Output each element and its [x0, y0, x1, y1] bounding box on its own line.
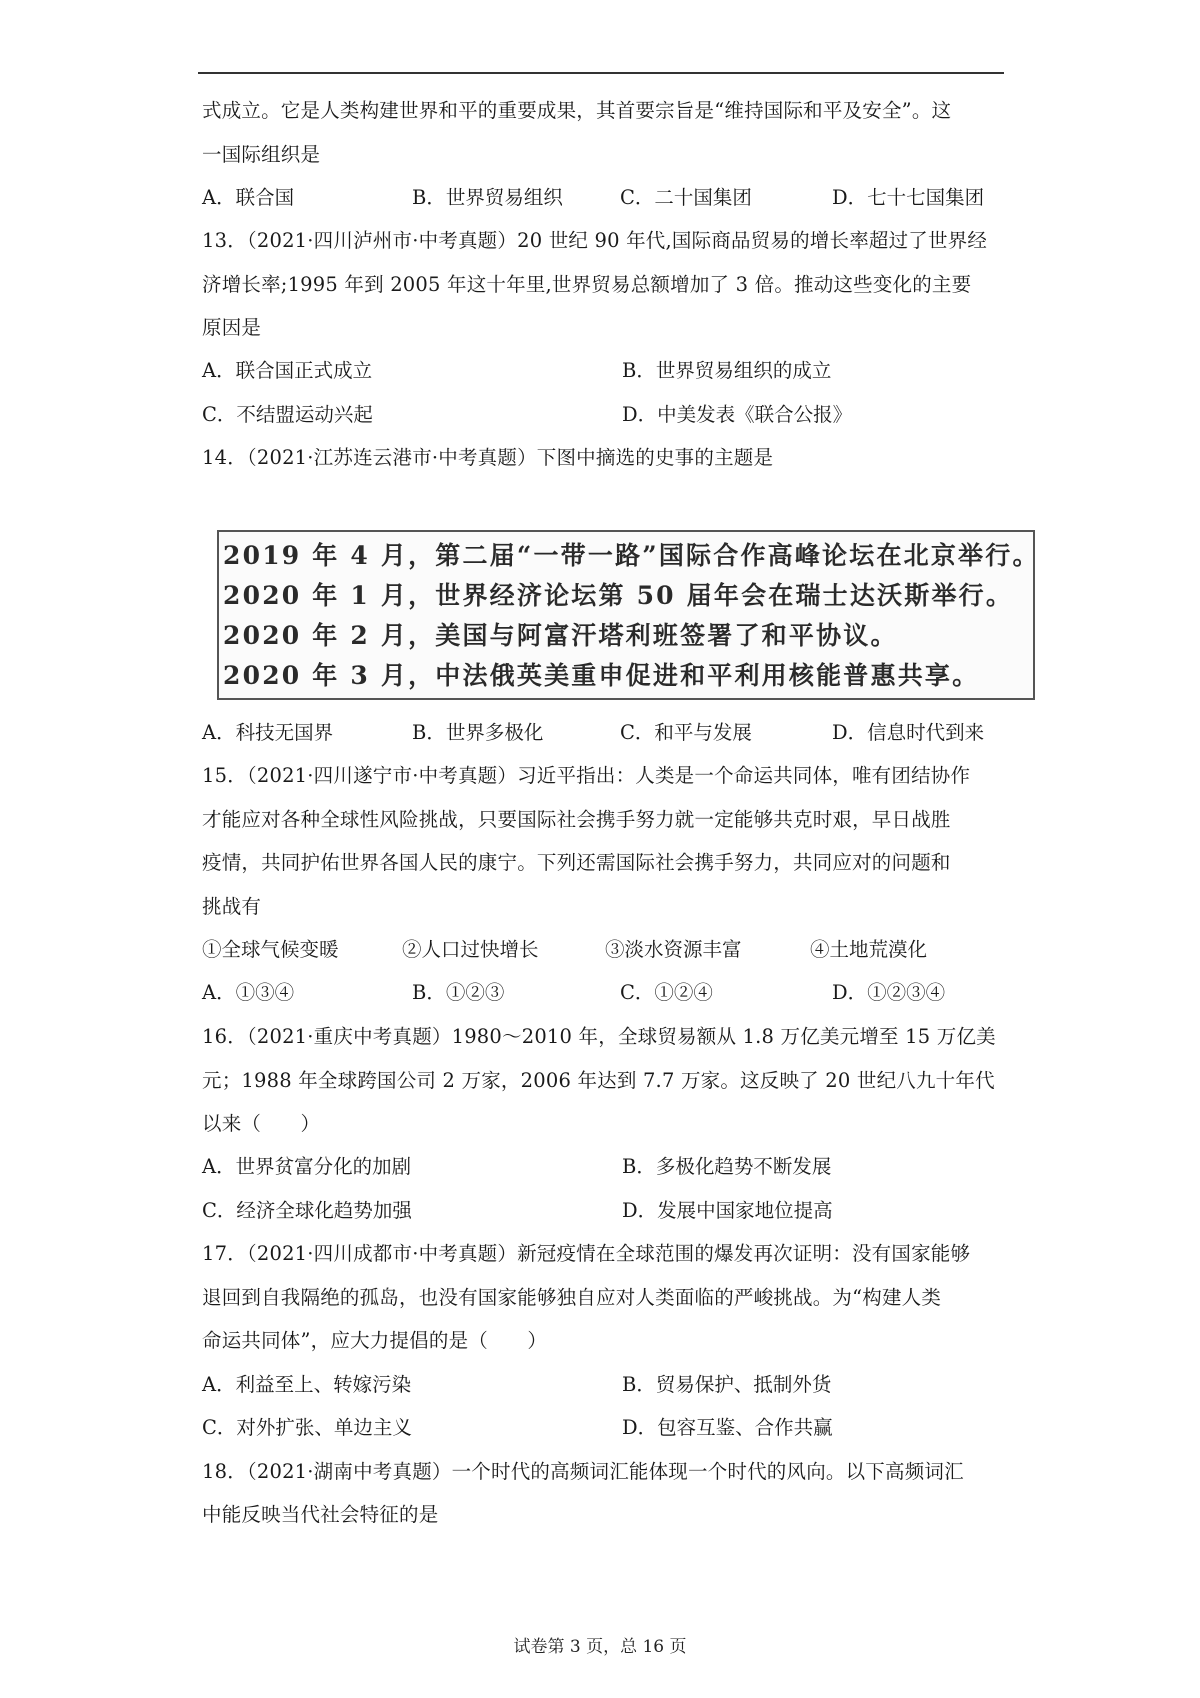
header-rule [198, 72, 1004, 74]
option-d[interactable]: D．信息时代到来 [832, 720, 984, 746]
question-stem: 17．（2021·四川成都市·中考真题）新冠疫情在全球范围的爆发再次证明：没有国… [202, 1241, 970, 1267]
question-stem: 13．（2021·四川泸州市·中考真题）20 世纪 90 年代,国际商品贸易的增… [202, 228, 987, 254]
option-c[interactable]: C．不结盟运动兴起 [202, 402, 373, 428]
question-stem: 15．（2021·四川遂宁市·中考真题）习近平指出：人类是一个命运共同体，唯有团… [202, 763, 970, 789]
option-d[interactable]: D．中美发表《联合公报》 [622, 402, 852, 428]
option-d[interactable]: D．①②③④ [832, 980, 945, 1006]
option-d[interactable]: D．七十七国集团 [832, 185, 984, 211]
option-b[interactable]: B．①②③ [412, 980, 504, 1006]
option-b[interactable]: B．贸易保护、抵制外货 [622, 1372, 831, 1398]
option-d[interactable]: D．包容互鉴、合作共赢 [622, 1415, 833, 1441]
option-b[interactable]: B．世界多极化 [412, 720, 543, 746]
option-b[interactable]: B．多极化趋势不断发展 [622, 1154, 831, 1180]
option-a[interactable]: A．利益至上、转嫁污染 [202, 1372, 411, 1398]
figure-line: 2019 年 4 月，第二届“一带一路”国际合作高峰论坛在北京举行。 [223, 536, 1033, 576]
option-a[interactable]: A．科技无国界 [202, 720, 333, 746]
question-text-line: 挑战有 [202, 894, 261, 920]
question-text-line: 退回到自我隔绝的孤岛，也没有国家能够独自应对人类面临的严峻挑战。为“构建人类 [202, 1285, 941, 1311]
statement-item: ②人口过快增长 [402, 937, 539, 963]
question-text-line: 命运共同体”，应大力提倡的是（ ） [202, 1328, 547, 1354]
statement-item: ④土地荒漠化 [810, 937, 927, 963]
option-a[interactable]: A．①③④ [202, 980, 294, 1006]
option-c[interactable]: C．二十国集团 [620, 185, 752, 211]
option-a[interactable]: A．世界贫富分化的加剧 [202, 1154, 411, 1180]
question-text-line: 式成立。它是人类构建世界和平的重要成果，其首要宗旨是“维持国际和平及安全”。这 [202, 98, 951, 124]
question-stem: 18．（2021·湖南中考真题）一个时代的高频词汇能体现一个时代的风向。以下高频… [202, 1459, 964, 1485]
statement-item: ①全球气候变暖 [202, 937, 339, 963]
question-text-line: 济增长率;1995 年到 2005 年这十年里,世界贸易总额增加了 3 倍。推动… [202, 272, 971, 298]
page-footer: 试卷第 3 页，总 16 页 [0, 1632, 1200, 1657]
option-d[interactable]: D．发展中国家地位提高 [622, 1198, 833, 1224]
question-text-line: 疫情，共同护佑世界各国人民的康宁。下列还需国际社会携手努力，共同应对的问题和 [202, 850, 951, 876]
option-c[interactable]: C．和平与发展 [620, 720, 752, 746]
figure-line: 2020 年 2 月，美国与阿富汗塔利班签署了和平协议。 [223, 616, 1033, 656]
option-a[interactable]: A．联合国 [202, 185, 294, 211]
option-b[interactable]: B．世界贸易组织 [412, 185, 563, 211]
option-b[interactable]: B．世界贸易组织的成立 [622, 358, 831, 384]
question-text-line: 原因是 [202, 315, 261, 341]
statement-item: ③淡水资源丰富 [605, 937, 742, 963]
option-c[interactable]: C．经济全球化趋势加强 [202, 1198, 412, 1224]
figure-line: 2020 年 1 月，世界经济论坛第 50 届年会在瑞士达沃斯举行。 [223, 576, 1033, 616]
question-text-line: 才能应对各种全球性风险挑战，只要国际社会携手努力就一定能够共克时艰，早日战胜 [202, 807, 951, 833]
question-text-line: 以来（ ） [202, 1111, 320, 1137]
option-a[interactable]: A．联合国正式成立 [202, 358, 372, 384]
question-text-line: 一国际组织是 [202, 142, 320, 168]
question-stem: 14．（2021·江苏连云港市·中考真题）下图中摘选的史事的主题是 [202, 445, 773, 471]
option-c[interactable]: C．①②④ [620, 980, 713, 1006]
question-text-line: 中能反映当代社会特征的是 [202, 1502, 438, 1528]
figure-line: 2020 年 3 月，中法俄英美重申促进和平利用核能普惠共享。 [223, 656, 1033, 696]
historical-events-figure: 2019 年 4 月，第二届“一带一路”国际合作高峰论坛在北京举行。 2020 … [217, 530, 1035, 700]
option-c[interactable]: C．对外扩张、单边主义 [202, 1415, 412, 1441]
question-text-line: 元；1988 年全球跨国公司 2 万家，2006 年达到 7.7 万家。这反映了… [202, 1068, 995, 1094]
question-stem: 16．（2021·重庆中考真题）1980～2010 年，全球贸易额从 1.8 万… [202, 1024, 996, 1050]
